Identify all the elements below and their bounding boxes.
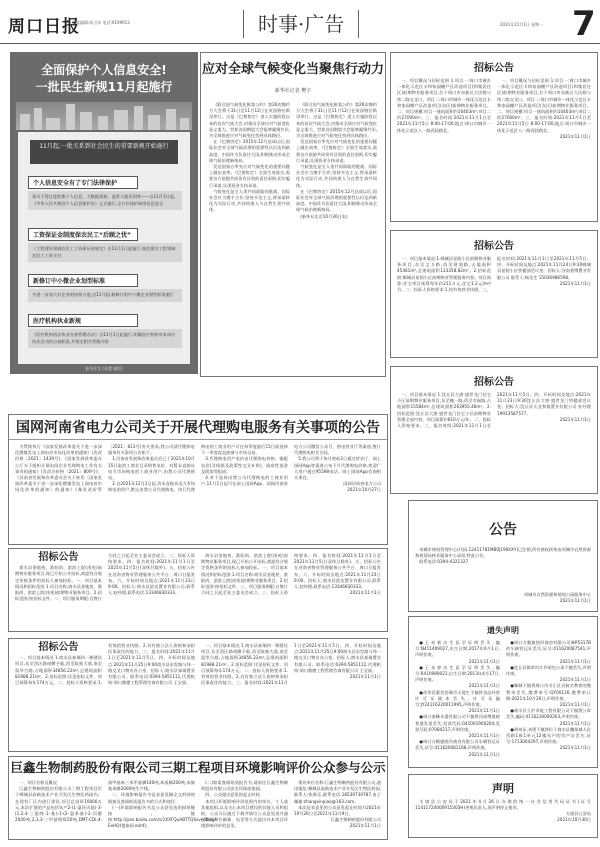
paragraph: 本项目环境影响评价范围内的单位、个人或其他组织,以及关心本项目建设的其他人员和组… — [201, 799, 288, 830]
bid-notice: 招标公告 一、项目概况与招标范围 1.项目一:周口市城乡一体化示范区丰和家园棚户… — [390, 52, 598, 222]
notice-date: 2021年11月1日 — [294, 823, 381, 829]
lost-notices: 遗失声明 ●王亮新出生医学证明丢失,编号:N411409027,出生日期:201… — [408, 616, 598, 768]
notice-date: 2021年10月27日 — [294, 487, 381, 493]
lost-notices-title: 遗失声明 — [415, 625, 591, 636]
paragraph: 发达国家应率先应对气候变化的重要问题上做出表率。《巴黎协定》全面生效落实,需要各… — [296, 139, 377, 164]
item-tag: 医疗机构执业新规 — [28, 314, 138, 327]
item-text: 《医疗机构依法执业自查管理办法》自11月1日起施行,明确医疗机构对本单位执业活动… — [28, 329, 182, 348]
infographic-credit: 新华社发 (朱慧 制图) — [10, 366, 198, 372]
climate-article: 应对全球气候变化当聚焦行动力 新华社记者 樊宇 《联合国气候变化框架公约》第26… — [200, 52, 386, 377]
infographic-ribbon: 11月起,一批关系到社会民生的重要新规开始施行 — [30, 140, 178, 164]
notice-title: 招标公告 — [397, 237, 591, 252]
item-text: 《工程建设领域农民工工资保证金规定》自11月1日起施行,规范建设工程领域农民工工… — [28, 243, 182, 262]
item-date: 2021年11月1日 — [415, 752, 500, 758]
statement-body: 太康县公安局于2021年4月26日办理的统一社会信用代码证书(证号1141172… — [415, 799, 591, 811]
infographic-item: 医疗机构执业新规 《医疗机构依法执业自查管理办法》自11月1日起施行,明确医疗机… — [28, 314, 182, 348]
item-text: 事关不得过度收集个人信息、大数据杀熟、监管人脸识别等——自11月1日起,《中华人… — [28, 191, 182, 210]
paragraph: 发达国家应率先应对气候变化的重要问题上做出表率。《巴黎协定》全面生效落实,需要各… — [209, 164, 290, 189]
lost-item: ●周口万顺旗凯经商房有限公司车辆营运证丢失,证号:411620081168,声明… — [415, 739, 500, 751]
notice-title: 招标公告 — [397, 373, 591, 388]
statement-date: 2021年10月30日 — [415, 817, 591, 823]
masthead: 周口日报 组版编辑:陈卫东 电话:6199913 时事·广告 2021年11月1… — [0, 0, 600, 44]
paragraph: 1.河南省发展和改革委员会已于2021年10月15日取消工商业目录销售电价。对暂… — [108, 456, 195, 481]
paragraph: 一、项目基本情况:1.郸城县星润小区前期物业服务项目,东至文卫路,西至规划路,占… — [397, 256, 591, 293]
paragraph: 一、项目概况与招标范围 1.项目一:周口市城乡一体化示范区丰和家园棚户区改造项目… — [397, 78, 491, 134]
issue-date: 2021年11月1日 星期一 — [500, 22, 543, 28]
paragraph: 《联合国气候变化框架公约》第26次缔约方大会将于31日至11月12日在英国格拉斯… — [296, 102, 377, 139]
lost-item: ●商水县立沪市能工程有限公司不慎将公章丢失,编码:4116230000263,声… — [506, 708, 591, 720]
paragraph: 本次征求意见的公众意见起止时间为2021年10月26日至2021年11月9日。 — [294, 805, 381, 817]
notice-body: 招标公告 商水县金地苑、淮阳尚、滨滨上院(南苑)前期物业服务项目,现已开始公开招… — [9, 549, 387, 629]
paragraph: 建设单位名称:巨鑫生物制药股份有限公司,通讯地址:郸城县高新技术产业开发区生物医… — [294, 780, 381, 805]
paragraph: 3.代理购电用户电价由代理购电价格、输配电价(含线损及政策性交叉补贴)、政府性基… — [201, 456, 288, 475]
notice-title: 巨鑫生物制药股份有限公司三期工程项目环境影响评价公众参与公示 — [9, 757, 387, 778]
article-byline: 新华社记者 樊宇 — [201, 87, 385, 94]
bid-notice: 招标公告 一、项目基本情况 1.商水县泰瑞四一期建设项目,东至西区路南侧予临,西… — [8, 638, 388, 752]
lost-item: ●西华县董会西城市天地生不慎将食品经营许可证副本丢失,许可证编号:JY24116… — [415, 690, 500, 709]
infographic: 全面保护个人信息安全! 一批民生新规11月起施行 11月起,一批关系到社会民生的… — [10, 52, 198, 374]
article-body: 《联合国气候变化框架公约》第26次缔约方大会将于31日至11月12日在英国格拉斯… — [201, 102, 385, 362]
notice-date: 2021年11月1日 — [294, 590, 381, 596]
page-number: 7 — [572, 4, 596, 44]
item-tag: 工资保证金制度保农民工“后顾之忧” — [28, 228, 138, 241]
paragraph: 在《巴黎协定》2015年12月达成以后,国际社会对全球气候治理的重要性认识达到新… — [296, 189, 377, 214]
paragraph: (新华社北京10月30日电) — [296, 214, 377, 220]
editor-line: 组版编辑:陈卫东 电话:6199913 — [72, 20, 130, 26]
item-date: 2021年11月1日 — [506, 745, 591, 751]
cityscape-illustration — [16, 102, 192, 130]
paragraph: 《联合国气候变化框架公约》第26次缔约方大会将于31日至11月12日在英国格拉斯… — [209, 102, 290, 139]
notice-body: 招标公告 一、项目基本情况 1.商水县泰瑞四一期建设项目,东至西区路南侧予临,西… — [9, 639, 387, 749]
headline-line-1: 全面保护个人信息安全! — [10, 62, 198, 79]
lost-item: ●郸城不慎将周口市川汇区启航名教育的缴费单丢失,缴费单号:QY00126,缴费单… — [506, 683, 591, 702]
notice-date: 2021年11月1日 — [294, 674, 381, 680]
lost-item: ●王亮梓出生医学证明丢失,编号:R410980021,出生日期:2013年4月1… — [415, 665, 500, 684]
headline-line-2: 一批民生新规11月起施行 — [10, 79, 198, 96]
notice-date: 2021年11月1日 — [497, 281, 591, 287]
lost-item: ●王亮新出生医学证明丢失,编号:N411409027,出生日期:2017年6月1… — [415, 640, 500, 659]
paragraph: 一、项目基本情况 1.沈丘县大唐·盛世龙门住宅小区前期物业服务项目,东至槐一路,… — [397, 392, 591, 429]
paragraph: 项城市林权管理中心(代码:12411781MB0J1994XY)已注销,所有债权… — [415, 547, 591, 559]
announcement: 公告 项城市林权管理中心(代码:12411781MB0J1994XY)已注销,所… — [408, 500, 598, 612]
lost-item: ●明州证,刘勇不慎将位于商水县魏郑城人民西路1栋1单元12楼东户的房产证丢失,证… — [506, 727, 591, 746]
notice-body: 一、项目基本情况 1.沈丘县大唐·盛世龙门住宅小区前期物业服务项目,东至槐一路,… — [397, 392, 591, 492]
lost-item: ●周口泰峰木器有限公司不慎将河南增值税普通发票丢失,发票代码:041001900… — [415, 714, 500, 733]
announcement-date: 2021年11月1日 — [415, 598, 591, 604]
paragraph: (一)环境影响报告书及公众意见表的网络链接,链接:http://pan.baid… — [108, 805, 195, 830]
infographic-item: 个人信息安全有了专门法律保护 事关不得过度收集个人信息、大数据杀熟、监管人脸识别… — [28, 176, 182, 210]
notice-body: 一、项目基本情况:1.郸城县星润小区前期物业服务项目,东至文卫路,西至规划路,占… — [397, 256, 591, 356]
article-title: 应对全球气候变化当聚焦行动力 — [201, 58, 385, 77]
paragraph: 一、项目概况与招标范围 1.项目一:周口市城乡一体化示范区丰和家园棚户区改造项目… — [497, 78, 591, 134]
paragraph: (二)如需查阅纸质报告书,请前往巨鑫生物制药股份有限公司安全环保部查阅。 — [201, 780, 288, 792]
notice-body: 一、项目名称及概况 巨鑫生物制药股份有限公司三期工程项目位于郸城县高新技术产业开… — [9, 778, 387, 842]
notice-title: 国网河南省电力公司关于开展代理购电服务有关事项的公告 — [9, 415, 387, 440]
bid-notice: 招标公告 一、项目基本情况:1.郸城县星润小区前期物业服务项目,东至文卫路,西至… — [390, 230, 598, 358]
bid-notice: 招标公告 商水县金地苑、淮阳尚、滨滨上院(南苑)前期物业服务项目,现已开始公开招… — [8, 548, 388, 632]
announcement-title: 公告 — [415, 519, 591, 539]
lost-item: ●沈丘县郎荣市汁岁萌包公章不慎丢失,声明作废。 — [506, 665, 591, 677]
infographic-item: 工资保证金制度保农民工“后顾之忧” 《工程建设领域农民工工资保证金规定》自11月… — [28, 228, 182, 262]
infographic-headline: 全面保护个人信息安全! 一批民生新规11月起施行 — [10, 62, 198, 96]
item-text: 为进一步加大对企业的扶持力度,自11月起,新修订的中小微企业划型标准施行 — [28, 289, 182, 302]
infographic-item: 新修订中小微企业划型标准 为进一步加大对企业的扶持力度,自11月起,新修订的中小… — [28, 274, 182, 302]
item-tag: 新修订中小微企业划型标准 — [28, 274, 138, 287]
state-grid-notice: 国网河南省电力公司关于开展代理购电服务有关事项的公告 为贯彻执行《国家发展改革委… — [8, 414, 388, 545]
item-tag: 个人信息安全有了专门法律保护 — [28, 176, 138, 189]
newspaper-logo: 周口日报 — [8, 12, 80, 37]
paragraph: 5.我公司将于每月底前3日通过营业厅、网上国网App等渠道公布下月代理购电价格,… — [294, 456, 381, 481]
notice-body: 一、项目概况与招标范围 1.项目一:周口市城乡一体化示范区丰和家园棚户区改造项目… — [397, 78, 591, 216]
announcement-body: 项城市林权管理中心(代码:12411781MB0J1994XY)已注销,所有债权… — [415, 547, 591, 566]
paragraph: 二、环境影响报告书征求意见稿全文的网络链接及查阅纸质报告书的方式和途径 — [108, 792, 195, 804]
notice-title: 招标公告 — [15, 645, 102, 651]
statement-title: 声明 — [415, 780, 591, 796]
notice-title: 招标公告 — [397, 59, 591, 74]
paragraph: 气候变化是全人类共同面临的挑战。国际社会应当携手合作,坚持多边主义,将承诺转化为… — [296, 164, 377, 189]
bid-notice: 招标公告 一、项目基本情况 1.沈丘县大唐·盛世龙门住宅小区前期物业服务项目,东… — [390, 366, 598, 494]
notice-date: 2021年11月1日 — [497, 417, 591, 423]
lost-item: ●周口万顺旗凯经商房有限公司豫P5317B的车辆营运证丢失,证号:4116200… — [506, 640, 591, 659]
notice-date: 2021年11月1日 — [497, 134, 591, 140]
statement: 声明 太康县公安局于2021年4月26日办理的统一社会信用代码证书(证号1141… — [408, 774, 598, 838]
section-title: 时事·广告 — [243, 10, 359, 38]
notice-title: 招标公告 — [15, 555, 102, 561]
environmental-notice: 巨鑫生物制药股份有限公司三期工程项目环境影响评价公众参与公示 一、项目名称及概况… — [8, 756, 388, 840]
paragraph: 气候变化是全人类共同面临的挑战。国际社会应当携手合作,坚持多边主义,将承诺转化为… — [209, 189, 290, 214]
notice-body: 为贯彻执行《国家发展改革委关于进一步深化燃煤发电上网电价市场化改革的通知》(发改… — [9, 440, 387, 548]
paragraph: 在《巴黎协定》2015年12月达成以后,国际社会对全球气候治理的重要性认识达到新… — [209, 139, 290, 164]
paragraph: 太康县公安局于2021年4月26日办理的统一社会信用代码证书(证号1141172… — [415, 799, 591, 811]
lost-notices-body: ●王亮新出生医学证明丢失,编号:N411409027,出生日期:2017年6月1… — [415, 640, 591, 768]
